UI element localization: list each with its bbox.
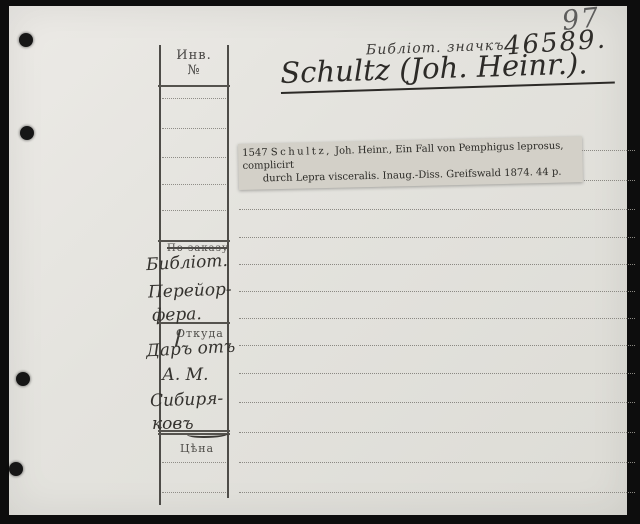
author-heading: Schultz (Joh. Heinr.). bbox=[280, 46, 615, 94]
ruled-line bbox=[239, 373, 635, 374]
ruled-line bbox=[239, 237, 635, 238]
ruled-line bbox=[239, 462, 635, 463]
slip-author: Schultz, bbox=[271, 146, 332, 158]
inventory-number-header: Инв. № bbox=[160, 48, 228, 78]
punch-hole bbox=[16, 372, 30, 386]
handwritten-note: Библіот. bbox=[146, 251, 229, 275]
column-dotted-line bbox=[162, 462, 226, 463]
column-divider bbox=[158, 85, 230, 87]
punch-hole bbox=[20, 126, 34, 140]
ruled-line bbox=[239, 209, 635, 210]
pen-flourish bbox=[187, 430, 229, 438]
ruled-line bbox=[239, 264, 635, 265]
column-dotted-line bbox=[162, 210, 226, 211]
slip-entry-number: 1547 bbox=[242, 147, 268, 159]
ruled-line bbox=[239, 345, 635, 346]
handwritten-note: фера. bbox=[152, 304, 202, 326]
number-sign: № bbox=[160, 63, 228, 78]
handwritten-note: А. М. bbox=[162, 365, 209, 385]
column-dotted-line bbox=[162, 492, 226, 493]
ruled-line bbox=[239, 402, 635, 403]
punch-hole bbox=[9, 462, 23, 476]
column-dotted-line bbox=[162, 184, 226, 185]
column-dotted-line bbox=[162, 128, 226, 129]
ruled-line bbox=[239, 318, 635, 319]
column-rule-left bbox=[159, 45, 161, 505]
pasted-printed-slip: 1547 Schultz, Joh. Heinr., Ein Fall von … bbox=[238, 136, 583, 190]
column-dotted-line bbox=[162, 98, 226, 99]
handwritten-note: Перейор- bbox=[148, 280, 232, 303]
ruled-line bbox=[239, 291, 635, 292]
punch-hole bbox=[19, 33, 33, 47]
column-dotted-line bbox=[162, 157, 226, 158]
handwritten-note: Даръ отъ bbox=[146, 337, 236, 362]
handwritten-note: Сибиря- bbox=[150, 389, 224, 412]
ruled-line bbox=[239, 432, 635, 433]
scanned-catalog-card-page: Инв. № По заказу Библіот. Перейор- фера.… bbox=[0, 0, 640, 524]
column-divider bbox=[158, 240, 230, 242]
ruled-line bbox=[239, 492, 635, 493]
page-number: 97 bbox=[560, 2, 601, 37]
inventory-label: Инв. bbox=[160, 48, 228, 63]
price-label: Цѣна bbox=[180, 442, 214, 455]
catalog-card: Инв. № По заказу Библіот. Перейор- фера.… bbox=[9, 6, 627, 515]
